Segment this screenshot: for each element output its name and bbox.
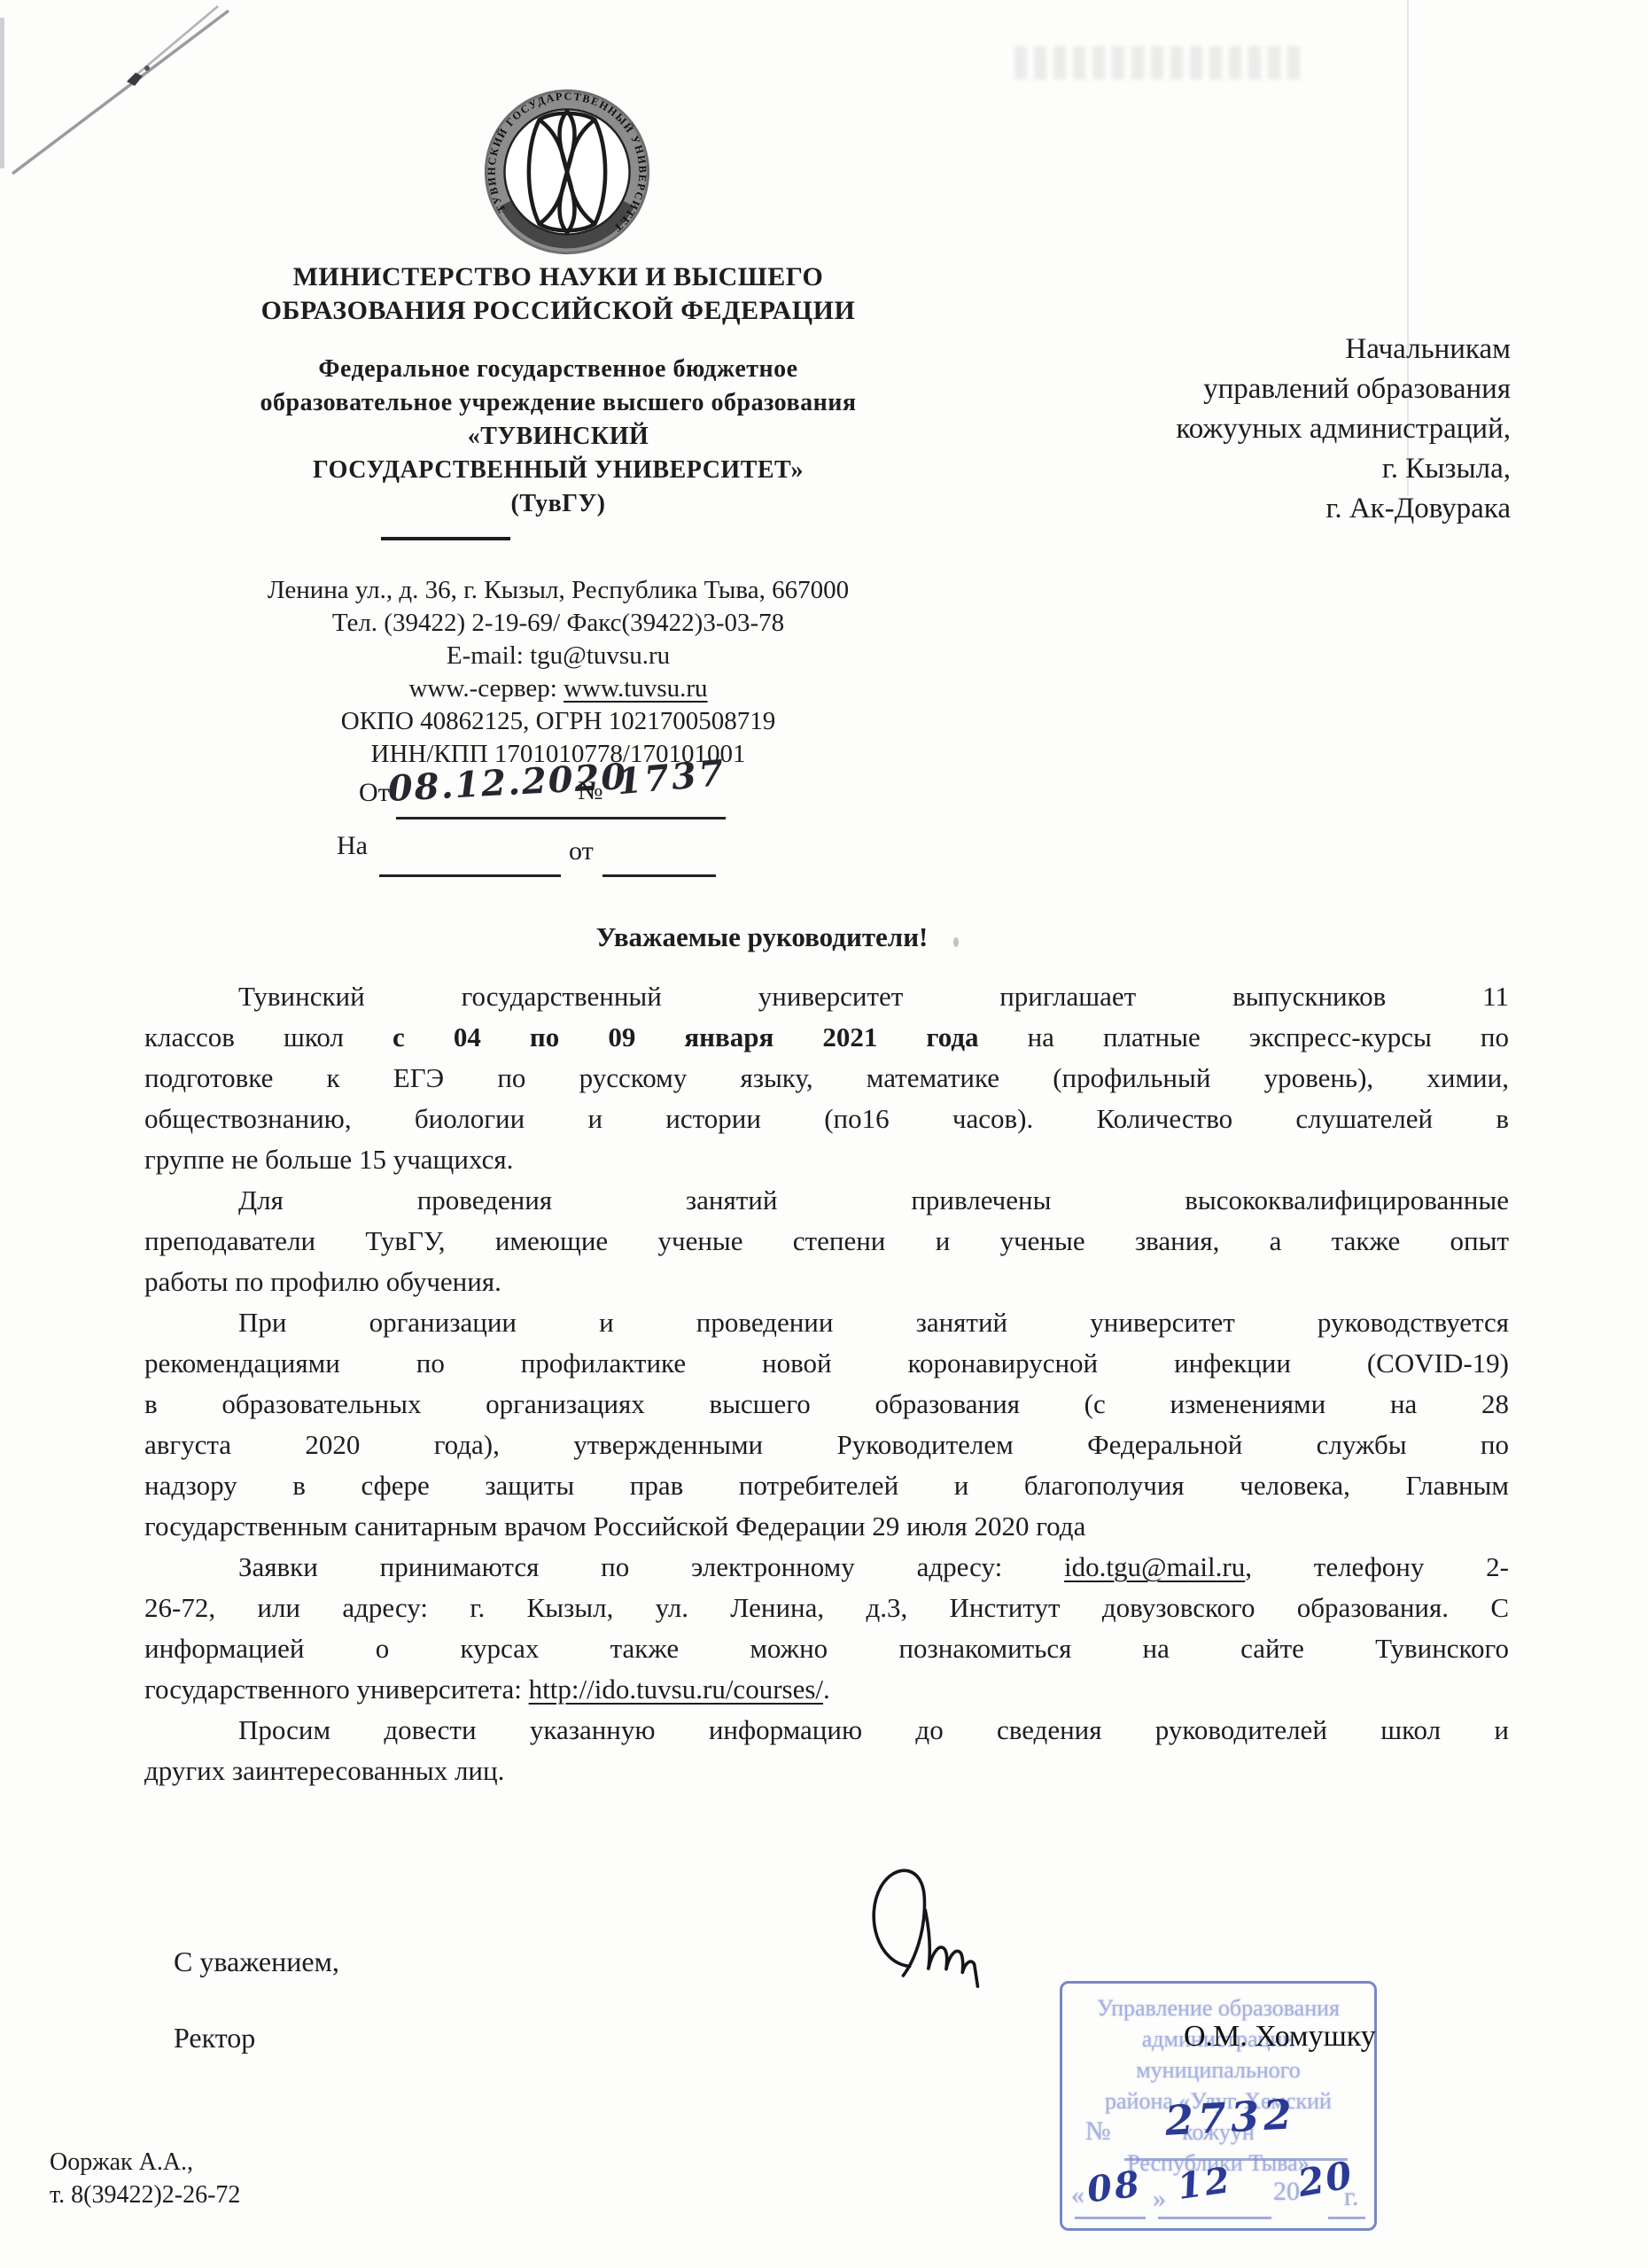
body-line: в образовательных организациях высшего о…	[144, 1384, 1509, 1425]
stamp-day-value: 08	[1084, 2163, 1144, 2210]
executor-name: Ооржак А.А.,	[50, 2146, 240, 2179]
stamp-quote-open: «	[1071, 2180, 1084, 2210]
rector-signature	[843, 1853, 1008, 2010]
body-line: информацией о курсах также можно познако…	[144, 1628, 1509, 1669]
body-line: надзору в сфере защиты прав потребителей…	[144, 1465, 1509, 1506]
executor-phone: т. 8(39422)2-26-72	[50, 2179, 240, 2211]
text-line: Федеральное государственное бюджетное	[133, 353, 983, 386]
body-line: работы по профилю обучения.	[144, 1262, 1509, 1302]
ref-number-line	[618, 816, 726, 819]
text-line: ОКПО 40862125, ОГРН 1021700508719	[133, 705, 983, 738]
stamp-day-rule	[1075, 2216, 1146, 2219]
body-line: При организации и проведении занятий уни…	[144, 1302, 1509, 1343]
text-line: г. Кызыла,	[890, 449, 1511, 489]
text-line: E-mail: tgu@tuvsu.ru	[133, 640, 983, 672]
stamp-month-rule	[1158, 2216, 1271, 2219]
body-line: 26-72, или адресу: г. Кызыл, ул. Ленина,…	[144, 1588, 1509, 1628]
signer-name: О.М. Хомушку	[1184, 2020, 1376, 2054]
body-line: рекомендациями по профилактике новой кор…	[144, 1343, 1509, 1384]
ref-ot-label: от	[569, 836, 594, 866]
body-line: Просим довести указанную информацию до с…	[144, 1710, 1509, 1751]
body-line: обществознанию, биологии и истории (по16…	[144, 1099, 1509, 1139]
body-line: государственного университета: http://id…	[144, 1669, 1509, 1710]
text-line: Ленина ул., д. 36, г. Кызыл, Республика …	[133, 574, 983, 607]
text-line: Тел. (39422) 2-19-69/ Факс(39422)3-03-78	[133, 607, 983, 640]
text-line: образовательное учреждение высшего образ…	[133, 386, 983, 420]
ref-date-line	[396, 816, 622, 819]
scan-edge-sliver	[0, 18, 4, 168]
stamp-year-prefix: 20	[1273, 2177, 1300, 2207]
ministry-name: МИНИСТЕРСТВО НАУКИ И ВЫСШЕГООБРАЗОВАНИЯ …	[133, 260, 983, 328]
stamp-month-value: 12	[1175, 2159, 1235, 2208]
ref-incoming-line	[379, 874, 561, 877]
text-line: управлений образования	[890, 369, 1511, 409]
scanned-letter-page: ТУВИНСКИЙ ГОСУДАРСТВЕННЫЙ УНИВЕРСИТЕТ МИ…	[0, 0, 1648, 2268]
organization-name: Федеральное государственное бюджетноеобр…	[133, 353, 983, 521]
body-line: группе не больше 15 учащихся.	[144, 1139, 1509, 1180]
body-line: классов школ с 04 по 09 января 2021 года…	[144, 1017, 1509, 1058]
text-line: (ТувГУ)	[133, 487, 983, 521]
body-line: Заявки принимаются по электронному адрес…	[144, 1547, 1509, 1588]
organization-address: Ленина ул., д. 36, г. Кызыл, Республика …	[133, 574, 983, 771]
text-line: Начальникам	[890, 330, 1511, 369]
ref-from-label: От	[359, 778, 390, 808]
text-line: ГОСУДАРСТВЕННЫЙ УНИВЕРСИТЕТ»	[133, 454, 983, 487]
body-line: государственным санитарным врачом Россий…	[144, 1506, 1509, 1547]
ref-na-label: На	[337, 831, 368, 861]
ref-incoming-date-line	[602, 874, 716, 877]
body-line: Для проведения занятий привлечены высоко…	[144, 1180, 1509, 1221]
body-line: августа 2020 года), утвержденными Руково…	[144, 1425, 1509, 1465]
stamp-year-rule	[1328, 2216, 1365, 2219]
closing-title: Ректор	[174, 2022, 255, 2054]
stamp-number-value: 2732	[1150, 2089, 1312, 2145]
body-paragraphs: Тувинский государственный университет пр…	[144, 976, 1509, 1791]
incoming-registration-stamp: Управление образованияадминистрации муни…	[1060, 1981, 1377, 2231]
text-line: кожууных администраций,	[890, 409, 1511, 449]
text-line: www.-сервер: www.tuvsu.ru	[133, 672, 983, 705]
body-line: подготовке к ЕГЭ по русскому языку, мате…	[144, 1058, 1509, 1099]
executor-block: Ооржак А.А., т. 8(39422)2-26-72	[50, 2146, 240, 2211]
text-line: г. Ак-Довурака	[890, 489, 1511, 529]
text-line: Управление образования	[1068, 1992, 1369, 2023]
university-logo: ТУВИНСКИЙ ГОСУДАРСТВЕННЫЙ УНИВЕРСИТЕТ	[478, 85, 656, 259]
text-line: ОБРАЗОВАНИЯ РОССИЙСКОЙ ФЕДЕРАЦИИ	[133, 294, 983, 328]
text-line: МИНИСТЕРСТВО НАУКИ И ВЫСШЕГО	[133, 260, 983, 294]
closing-regards: С уважением,	[174, 1946, 339, 1978]
salutation: Уважаемые руководители!	[0, 921, 1524, 953]
corner-staple-artifact	[0, 0, 248, 204]
body-line: других заинтересованных лиц.	[144, 1751, 1509, 1791]
ref-no-label: №	[578, 776, 603, 806]
stamp-quote-close: »	[1153, 2184, 1166, 2214]
letterhead-divider	[381, 537, 510, 540]
text-line: «ТУВИНСКИЙ	[133, 420, 983, 454]
body-line: преподаватели ТувГУ, имеющие ученые степ…	[144, 1221, 1509, 1262]
stamp-year-suffix: г.	[1344, 2182, 1358, 2212]
body-line: Тувинский государственный университет пр…	[144, 976, 1509, 1017]
recipient-block: Начальникамуправлений образованиякожууны…	[890, 330, 1511, 529]
stamp-number-label: №	[1085, 2117, 1111, 2147]
showthrough-ghost-text	[1014, 46, 1307, 80]
